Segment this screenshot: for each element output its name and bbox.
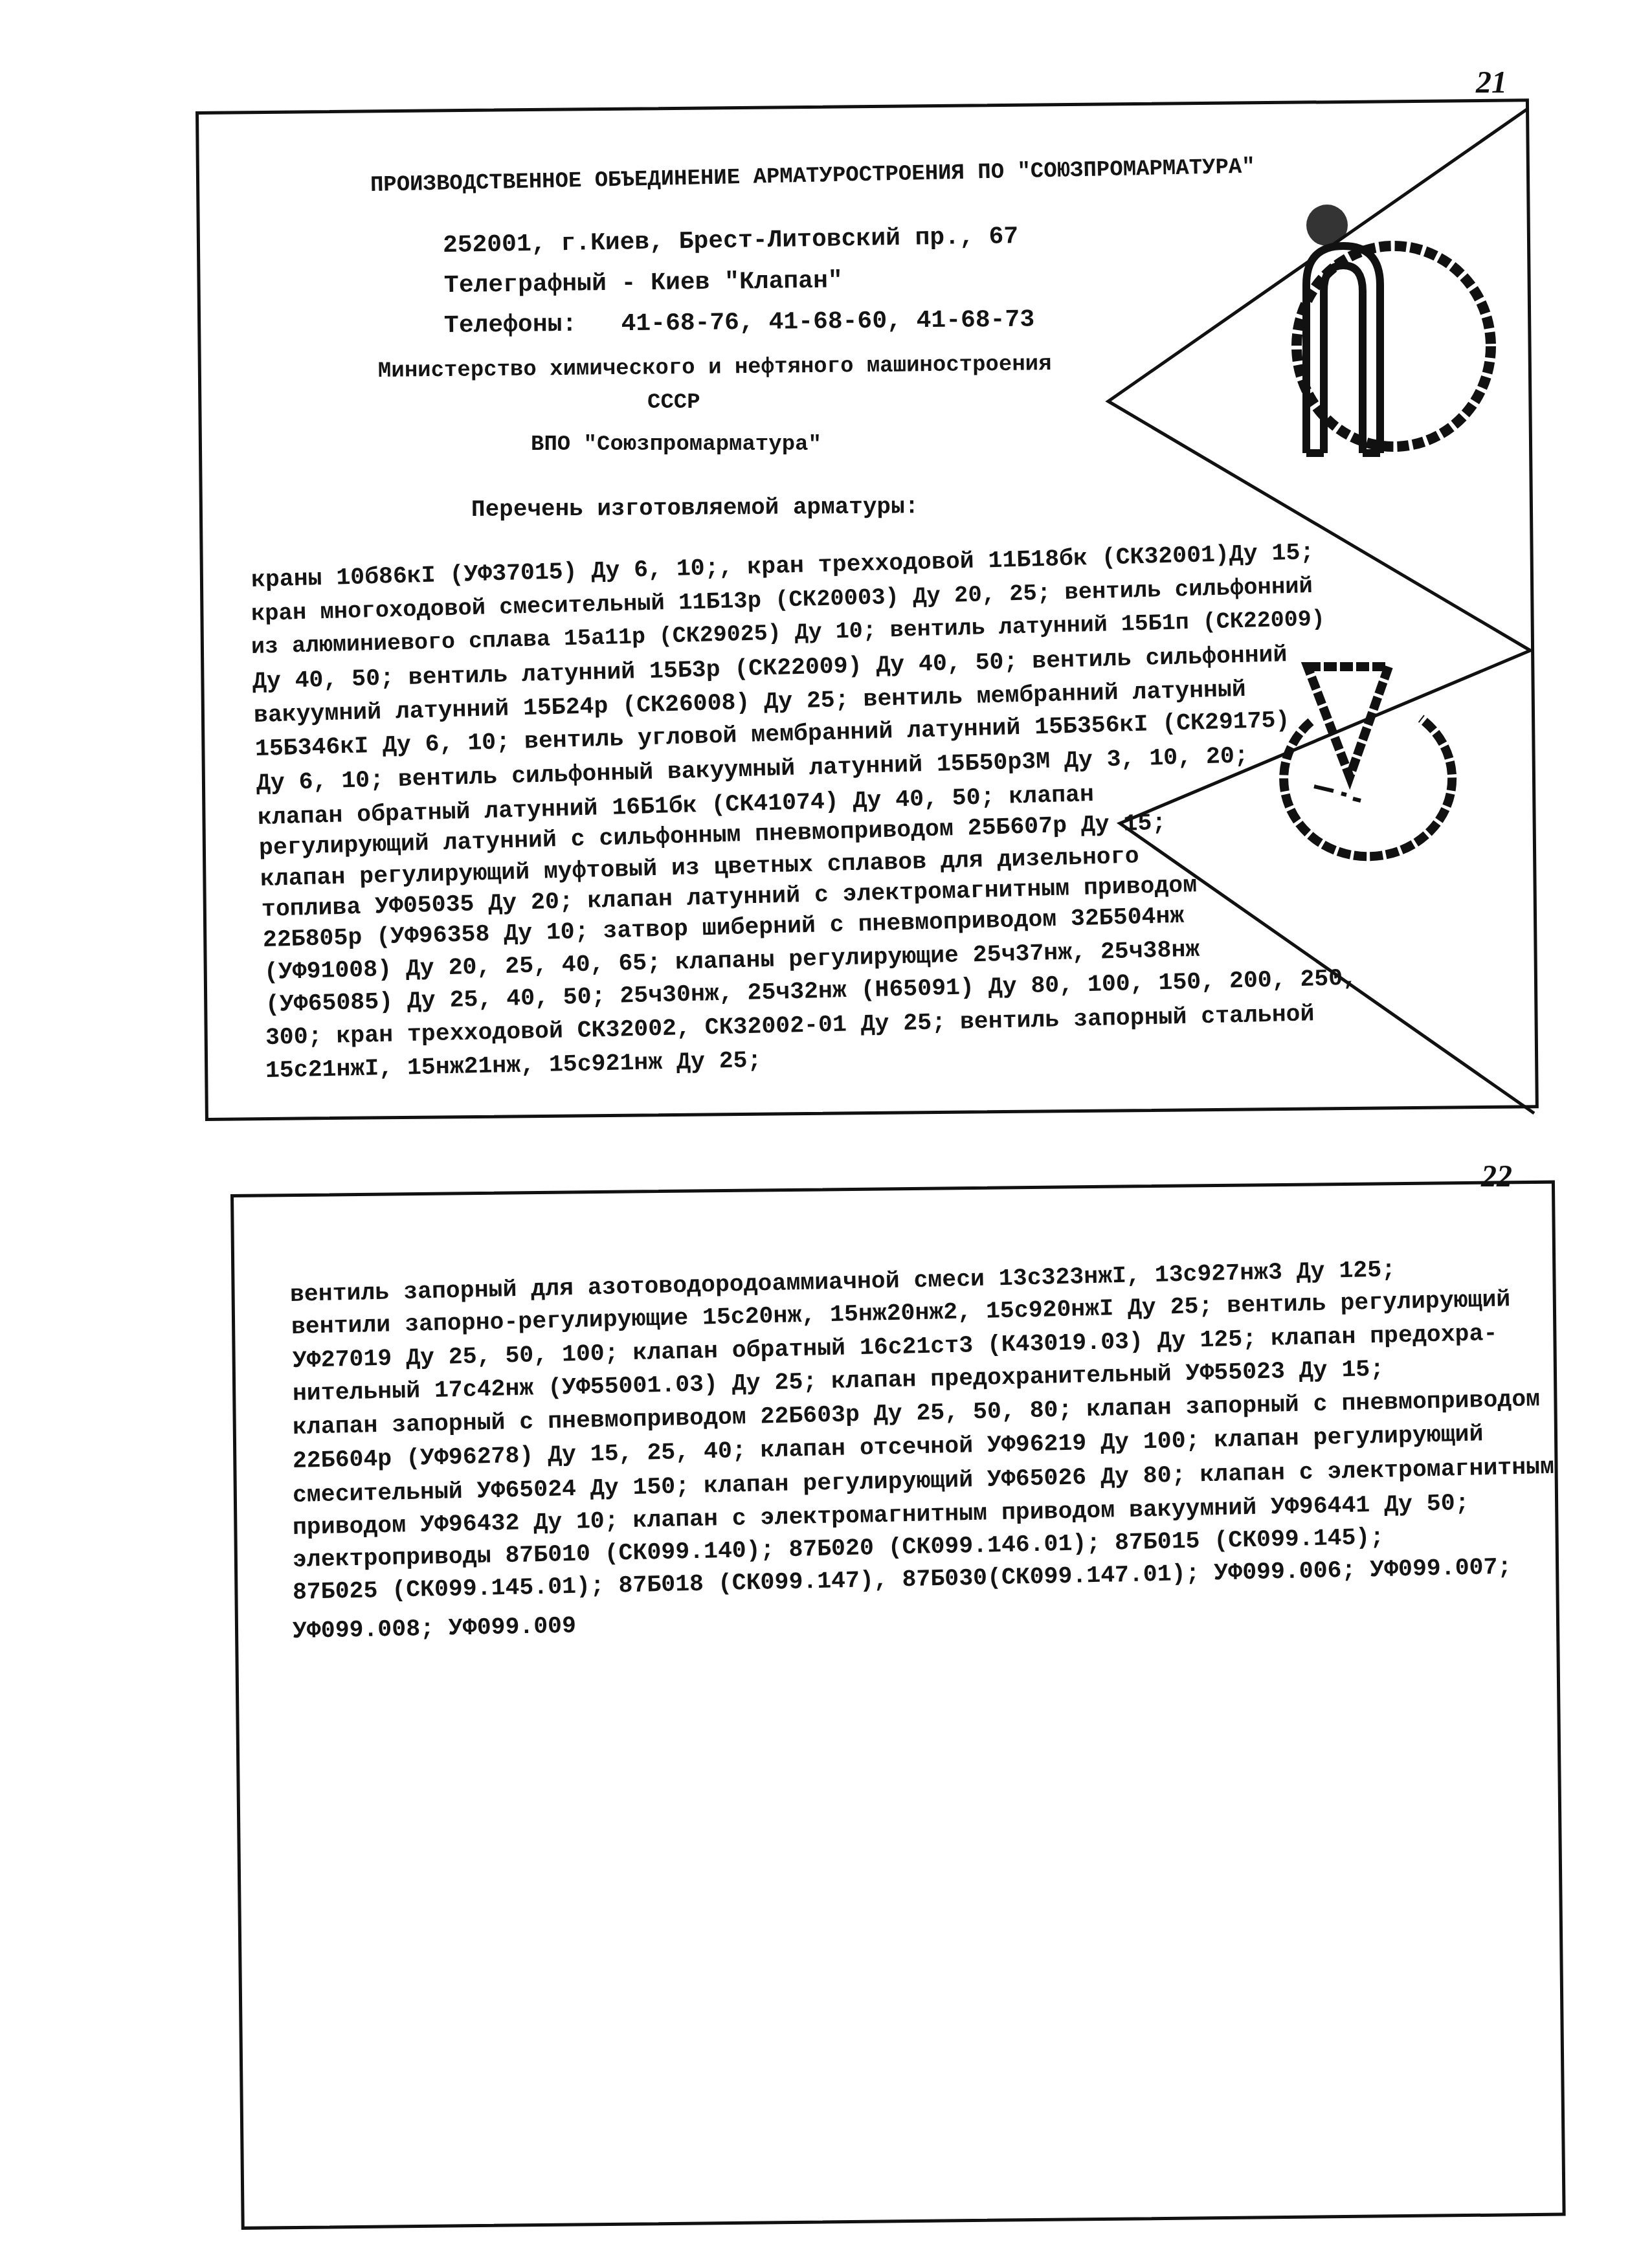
phones-label: Телефоны: <box>444 311 577 340</box>
list-title: Перечень изготовляемой арматуры: <box>471 493 919 523</box>
phones-value: 41-68-76, 41-68-60, 41-68-73 <box>621 306 1034 338</box>
vpo-line: ВПО "Союзпромарматура" <box>531 432 821 457</box>
ministry-country: СССР <box>647 390 700 415</box>
list-line: УФ099.008; УФ099.009 <box>293 1613 577 1645</box>
telegraph-line: Телеграфный - Киев "Клапан" <box>444 267 843 300</box>
page-number-21: 21 <box>1476 65 1507 100</box>
